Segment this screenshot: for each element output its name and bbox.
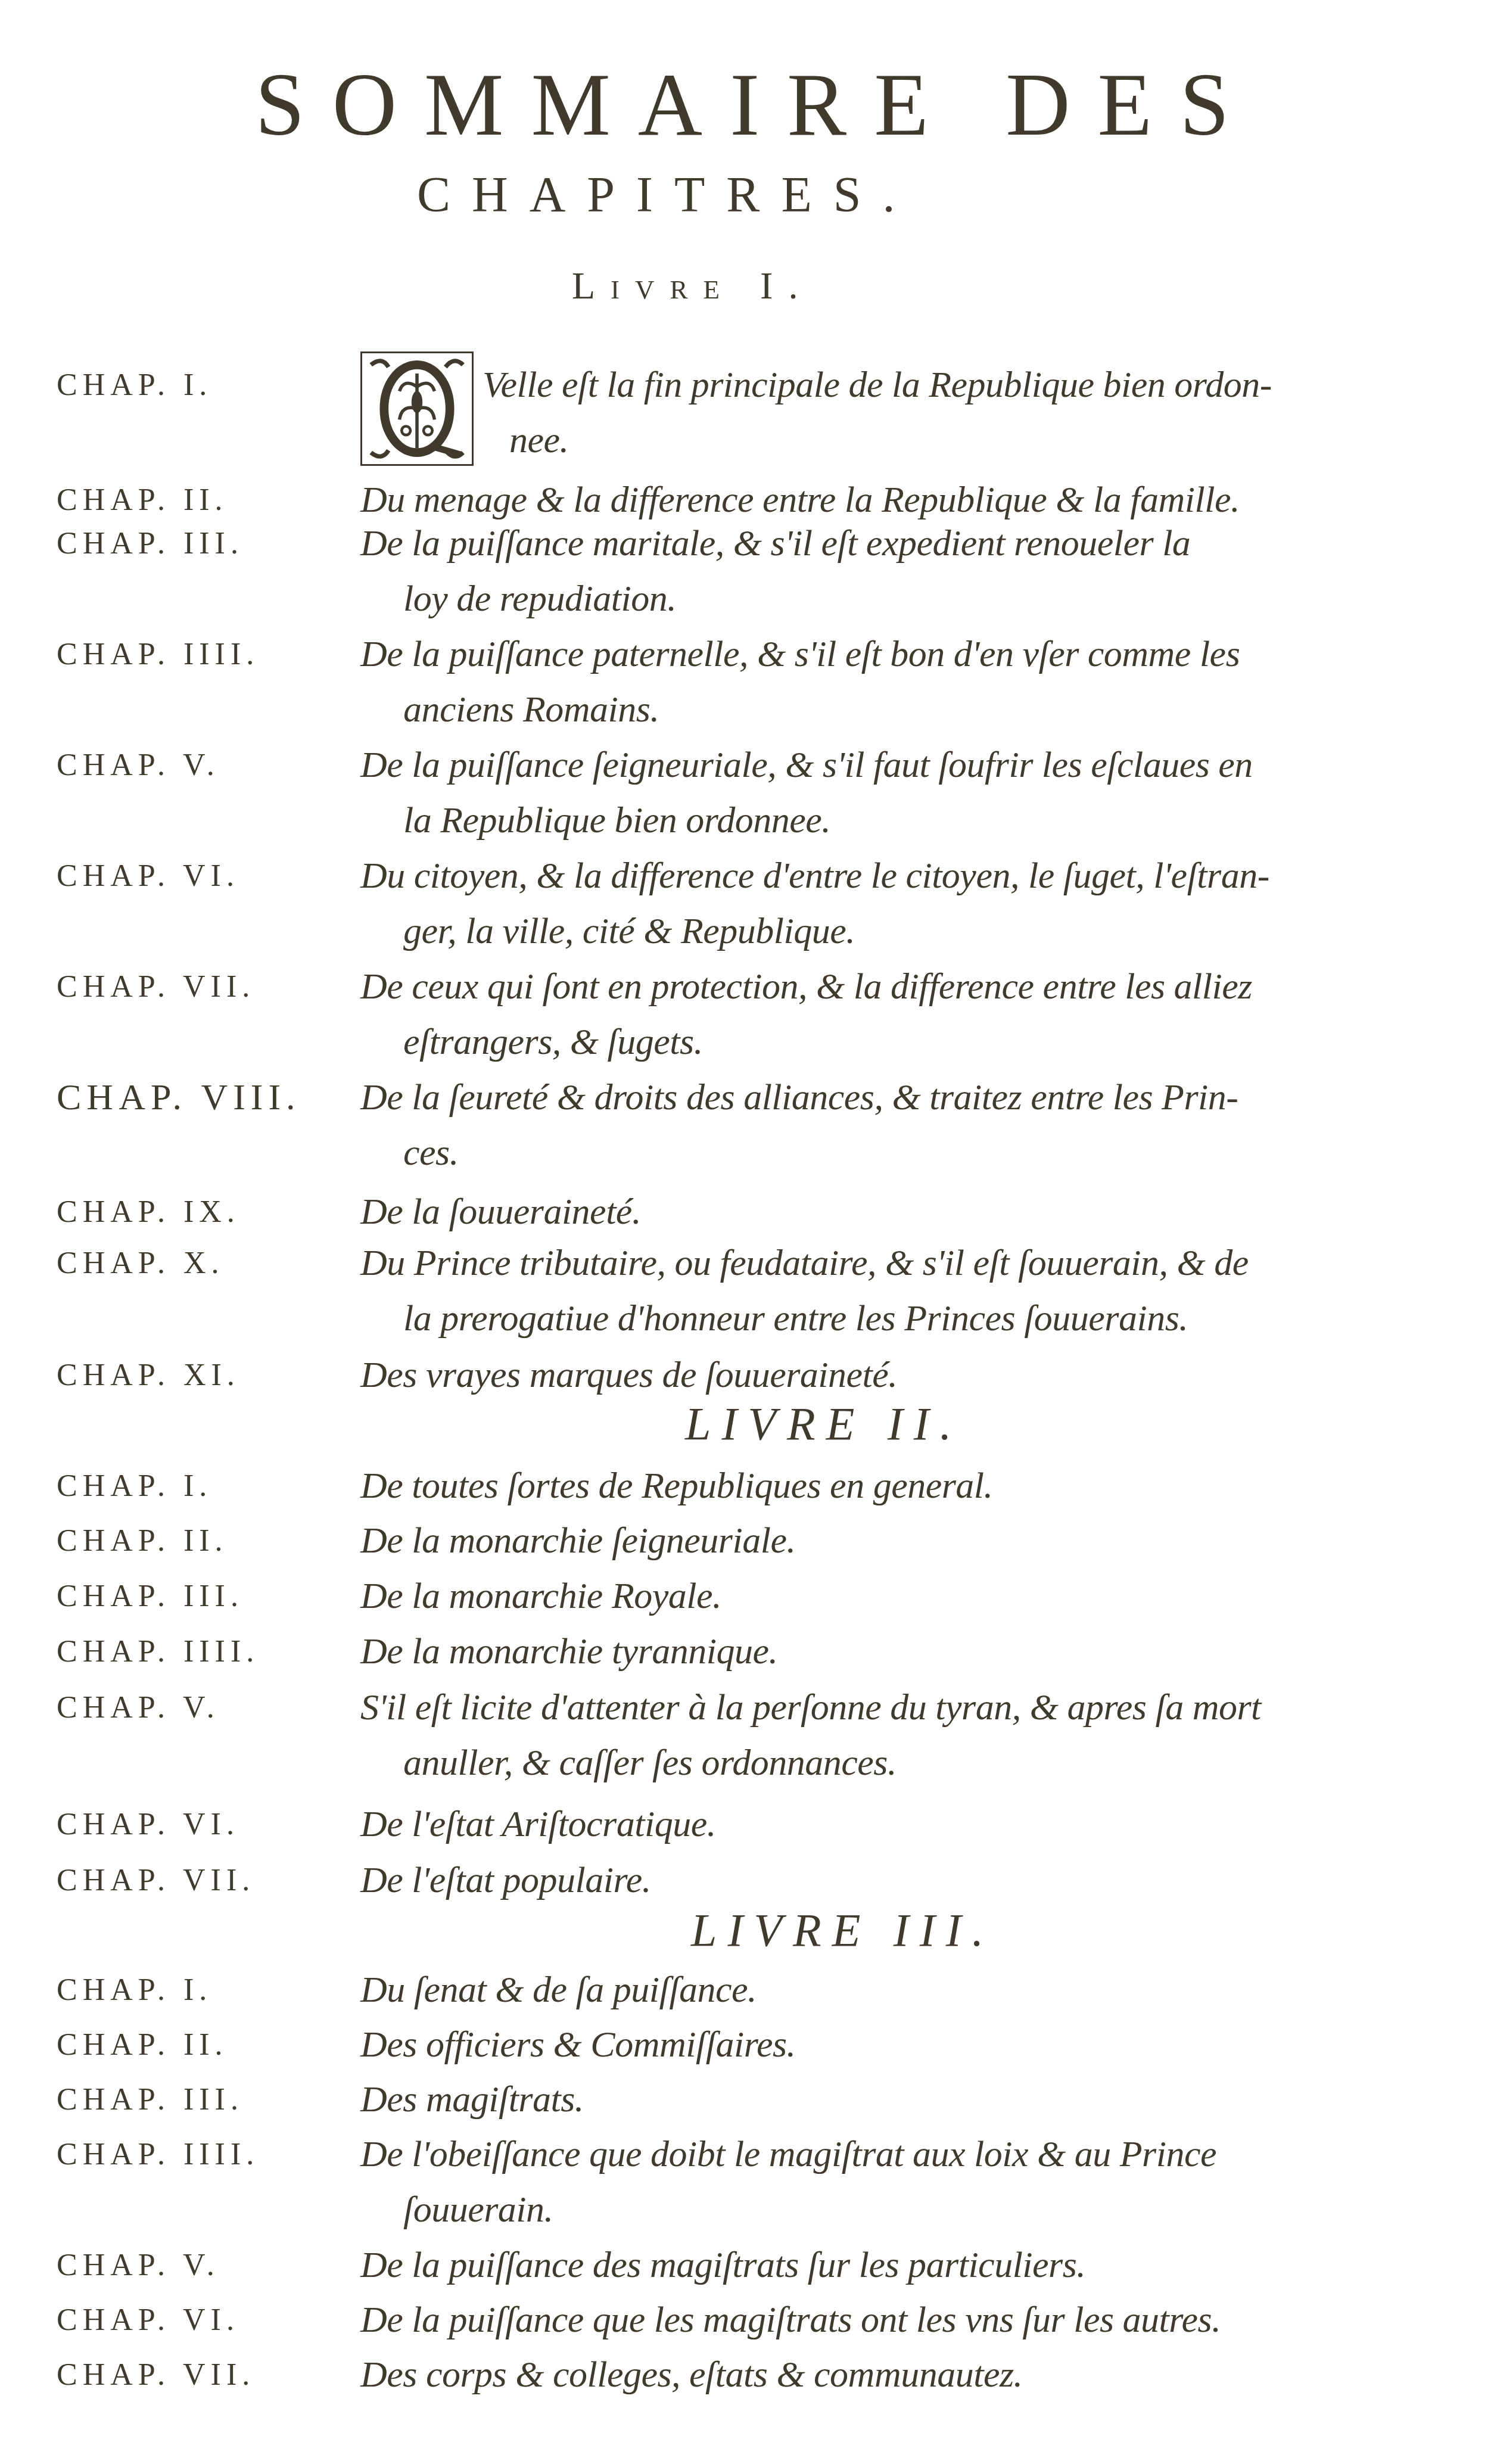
- chapter-title-line: ger, la ville, cité & Republique.: [360, 904, 1385, 959]
- chapter-title-line: ces.: [360, 1125, 1385, 1181]
- chapter-title: Du citoyen, & la difference d'entre le c…: [360, 848, 1385, 959]
- chapter-label: CHAP. VII.: [57, 2347, 255, 2403]
- chapter-title: Des vrayes marques de ſouueraineté.: [360, 1348, 1385, 1403]
- chapter-title-line: De la monarchie ſeigneuriale.: [360, 1513, 1385, 1569]
- chapter-label: CHAP. IIII.: [57, 2127, 259, 2182]
- chapter-title-line: anuller, & caſſer ſes ordonnances.: [360, 1735, 1385, 1791]
- book-heading-2: LIVRE II.: [685, 1397, 962, 1451]
- chapter-title: Des corps & colleges, eſtats & communaut…: [360, 2347, 1385, 2403]
- chapter-title-line: De la puiſſance ſeigneuriale, & s'il fau…: [360, 738, 1385, 793]
- chapter-title: Velle eſt la fin principale de la Republ…: [360, 357, 1385, 468]
- chapter-title-line: Des corps & colleges, eſtats & communaut…: [360, 2347, 1385, 2403]
- chapter-title: De la monarchie Royale.: [360, 1569, 1385, 1624]
- chapter-title: Du ſenat & de ſa puiſſance.: [360, 1962, 1385, 2018]
- chapter-title-line: Des vrayes marques de ſouueraineté.: [360, 1348, 1385, 1403]
- page-subtitle: CHAPITRES.: [417, 166, 916, 225]
- chapter-label: CHAP. V.: [57, 2238, 220, 2293]
- chapter-title: De la puiſſance paternelle, & s'il eſt b…: [360, 627, 1385, 738]
- chapter-label: CHAP. III.: [57, 2072, 244, 2127]
- chapter-title-line: Du citoyen, & la difference d'entre le c…: [360, 848, 1385, 904]
- chapter-title-line: la Republique bien ordonnee.: [360, 793, 1385, 848]
- chapter-title-line: loy de repudiation.: [360, 571, 1385, 627]
- chapter-title: De l'eſtat populaire.: [360, 1853, 1385, 1908]
- chapter-title-line: ſouuerain.: [360, 2182, 1385, 2238]
- chapter-label: CHAP. XI.: [57, 1348, 240, 1403]
- chapter-label: CHAP. I.: [57, 1458, 212, 1514]
- chapter-title-line: De la puiſſance paternelle, & s'il eſt b…: [360, 627, 1385, 682]
- chapter-title: De la puiſſance maritale, & s'il eſt exp…: [360, 516, 1385, 627]
- book-heading-3: LIVRE III.: [691, 1903, 994, 1957]
- chapter-title-line: De la ſeureté & droits des alliances, & …: [360, 1070, 1385, 1125]
- chapter-label: CHAP. II.: [57, 1513, 228, 1569]
- chapter-title-line: Velle eſt la fin principale de la Republ…: [360, 357, 1385, 413]
- chapter-label: CHAP. VIII.: [57, 1070, 301, 1125]
- chapter-title: Des magiſtrats.: [360, 2072, 1385, 2127]
- chapter-title: Du Prince tributaire, ou feudataire, & s…: [360, 1236, 1385, 1346]
- chapter-label: CHAP. III.: [57, 1569, 244, 1624]
- chapter-title: De la monarchie tyrannique.: [360, 1624, 1385, 1679]
- chapter-title-line: De la puiſſance que les magiſtrats ont l…: [360, 2292, 1385, 2348]
- chapter-title-line: Des officiers & Commiſſaires.: [360, 2017, 1385, 2073]
- document-page: SOMMAIRE DES CHAPITRES. Livre I. CHAP. I…: [0, 0, 1494, 2464]
- chapter-title-line: Du Prince tributaire, ou feudataire, & s…: [360, 1236, 1385, 1291]
- chapter-label: CHAP. IIII.: [57, 627, 259, 682]
- chapter-title: De l'eſtat Ariſtocratique.: [360, 1797, 1385, 1852]
- chapter-title-line: Du ſenat & de ſa puiſſance.: [360, 1962, 1385, 2018]
- chapter-label: CHAP. VII.: [57, 1853, 255, 1908]
- chapter-title: De la ſouueraineté.: [360, 1184, 1385, 1240]
- chapter-title-line: De toutes ſortes de Republiques en gener…: [360, 1458, 1385, 1514]
- chapter-title-line: la prerogatiue d'honneur entre les Princ…: [360, 1291, 1385, 1346]
- chapter-label: CHAP. IIII.: [57, 1624, 259, 1679]
- chapter-title-line: De l'obeiſſance que doibt le magiſtrat a…: [360, 2127, 1385, 2182]
- chapter-label: CHAP. VI.: [57, 1797, 239, 1852]
- chapter-label: CHAP. V.: [57, 1680, 220, 1735]
- chapter-label: CHAP. I.: [57, 1962, 212, 2018]
- chapter-label: CHAP. VI.: [57, 2292, 239, 2348]
- chapter-label: CHAP. V.: [57, 738, 220, 793]
- chapter-title-line: De la puiſſance maritale, & s'il eſt exp…: [360, 516, 1385, 571]
- chapter-title-line: eſtrangers, & ſugets.: [360, 1015, 1385, 1070]
- chapter-title-line: De l'eſtat populaire.: [360, 1853, 1385, 1908]
- chapter-title: De la puiſſance ſeigneuriale, & s'il fau…: [360, 738, 1385, 848]
- chapter-label: CHAP. III.: [57, 516, 244, 571]
- chapter-title: S'il eſt licite d'attenter à la perſonne…: [360, 1680, 1385, 1791]
- chapter-title: De la puiſſance que les magiſtrats ont l…: [360, 2292, 1385, 2348]
- chapter-title: De la puiſſance des magiſtrats ſur les p…: [360, 2238, 1385, 2293]
- chapter-title-line: De ceux qui ſont en protection, & la dif…: [360, 959, 1385, 1015]
- chapter-title: De la monarchie ſeigneuriale.: [360, 1513, 1385, 1569]
- chapter-label: CHAP. VI.: [57, 848, 239, 904]
- chapter-title-line: De la ſouueraineté.: [360, 1184, 1385, 1240]
- chapter-label: CHAP. II.: [57, 2017, 228, 2073]
- chapter-label: CHAP. X.: [57, 1236, 225, 1291]
- chapter-title-line: De la monarchie tyrannique.: [360, 1624, 1385, 1679]
- chapter-title: De la ſeureté & droits des alliances, & …: [360, 1070, 1385, 1181]
- chapter-title-line: De la monarchie Royale.: [360, 1569, 1385, 1624]
- chapter-title: De ceux qui ſont en protection, & la dif…: [360, 959, 1385, 1070]
- chapter-title-line: Des magiſtrats.: [360, 2072, 1385, 2127]
- page-title: SOMMAIRE DES: [0, 57, 1494, 153]
- chapter-label: CHAP. I.: [57, 357, 212, 413]
- chapter-title: De toutes ſortes de Republiques en gener…: [360, 1458, 1385, 1514]
- chapter-title-line: De la puiſſance des magiſtrats ſur les p…: [360, 2238, 1385, 2293]
- chapter-label: CHAP. VII.: [57, 959, 255, 1015]
- chapter-title: De l'obeiſſance que doibt le magiſtrat a…: [360, 2127, 1385, 2238]
- book-heading-1: Livre I.: [572, 262, 813, 310]
- chapter-label: CHAP. IX.: [57, 1184, 240, 1240]
- chapter-title-line: nee.: [360, 413, 1385, 468]
- chapter-title-line: S'il eſt licite d'attenter à la perſonne…: [360, 1680, 1385, 1735]
- chapter-title-line: anciens Romains.: [360, 682, 1385, 738]
- chapter-title-line: De l'eſtat Ariſtocratique.: [360, 1797, 1385, 1852]
- chapter-title: Des officiers & Commiſſaires.: [360, 2017, 1385, 2073]
